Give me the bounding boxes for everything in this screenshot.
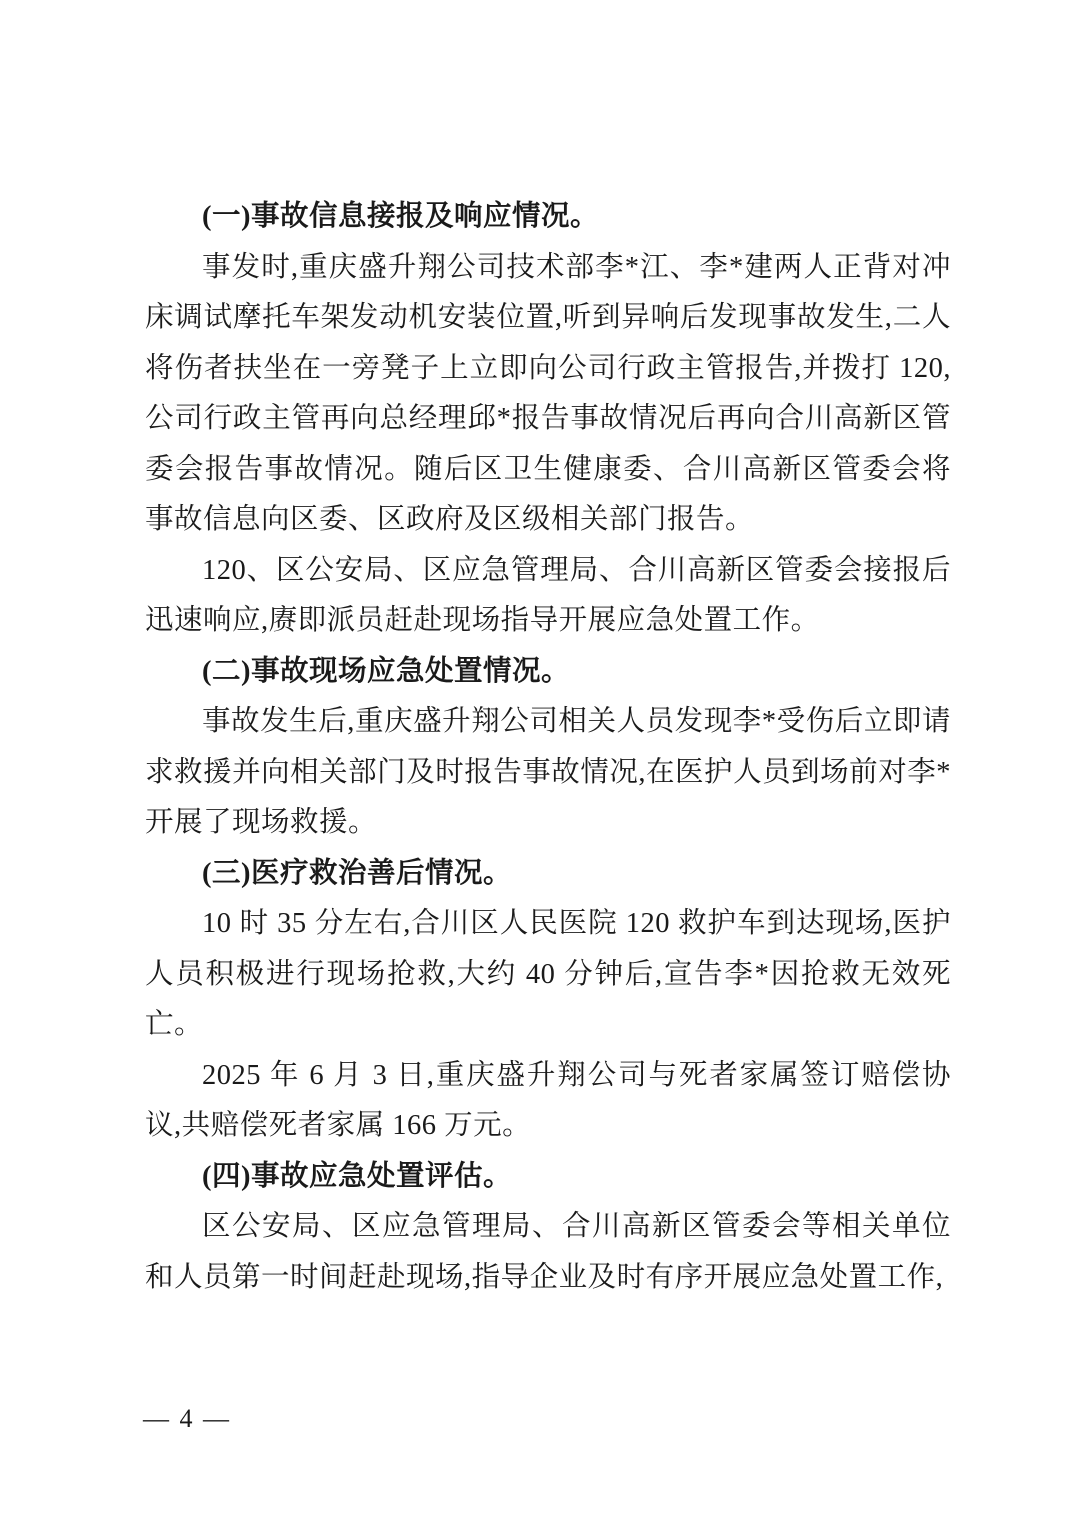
- section-heading-4: (四)事故应急处置评估。: [145, 1152, 951, 1203]
- page-number: — 4 —: [143, 1404, 231, 1434]
- body-paragraph-4: 10 时 35 分左右,合川区人民医院 120 救护车到达现场,医护人员积极进行…: [145, 899, 951, 1051]
- body-paragraph-6: 区公安局、区应急管理局、合川高新区管委会等相关单位和人员第一时间赶赴现场,指导企…: [145, 1202, 951, 1303]
- section-heading-3: (三)医疗救治善后情况。: [145, 849, 951, 900]
- body-paragraph-5: 2025 年 6 月 3 日,重庆盛升翔公司与死者家属签订赔偿协议,共赔偿死者家…: [145, 1051, 951, 1152]
- section-heading-2: (二)事故现场应急处置情况。: [145, 647, 951, 698]
- document-body: (一)事故信息接报及响应情况。 事发时,重庆盛升翔公司技术部李*江、李*建两人正…: [145, 192, 951, 1303]
- document-page: (一)事故信息接报及响应情况。 事发时,重庆盛升翔公司技术部李*江、李*建两人正…: [0, 0, 1074, 1520]
- section-heading-1: (一)事故信息接报及响应情况。: [145, 192, 951, 243]
- body-paragraph-2: 120、区公安局、区应急管理局、合川高新区管委会接报后迅速响应,赓即派员赶赴现场…: [145, 546, 951, 647]
- body-paragraph-1: 事发时,重庆盛升翔公司技术部李*江、李*建两人正背对冲床调试摩托车架发动机安装位…: [145, 243, 951, 546]
- body-paragraph-3: 事故发生后,重庆盛升翔公司相关人员发现李*受伤后立即请求救援并向相关部门及时报告…: [145, 697, 951, 849]
